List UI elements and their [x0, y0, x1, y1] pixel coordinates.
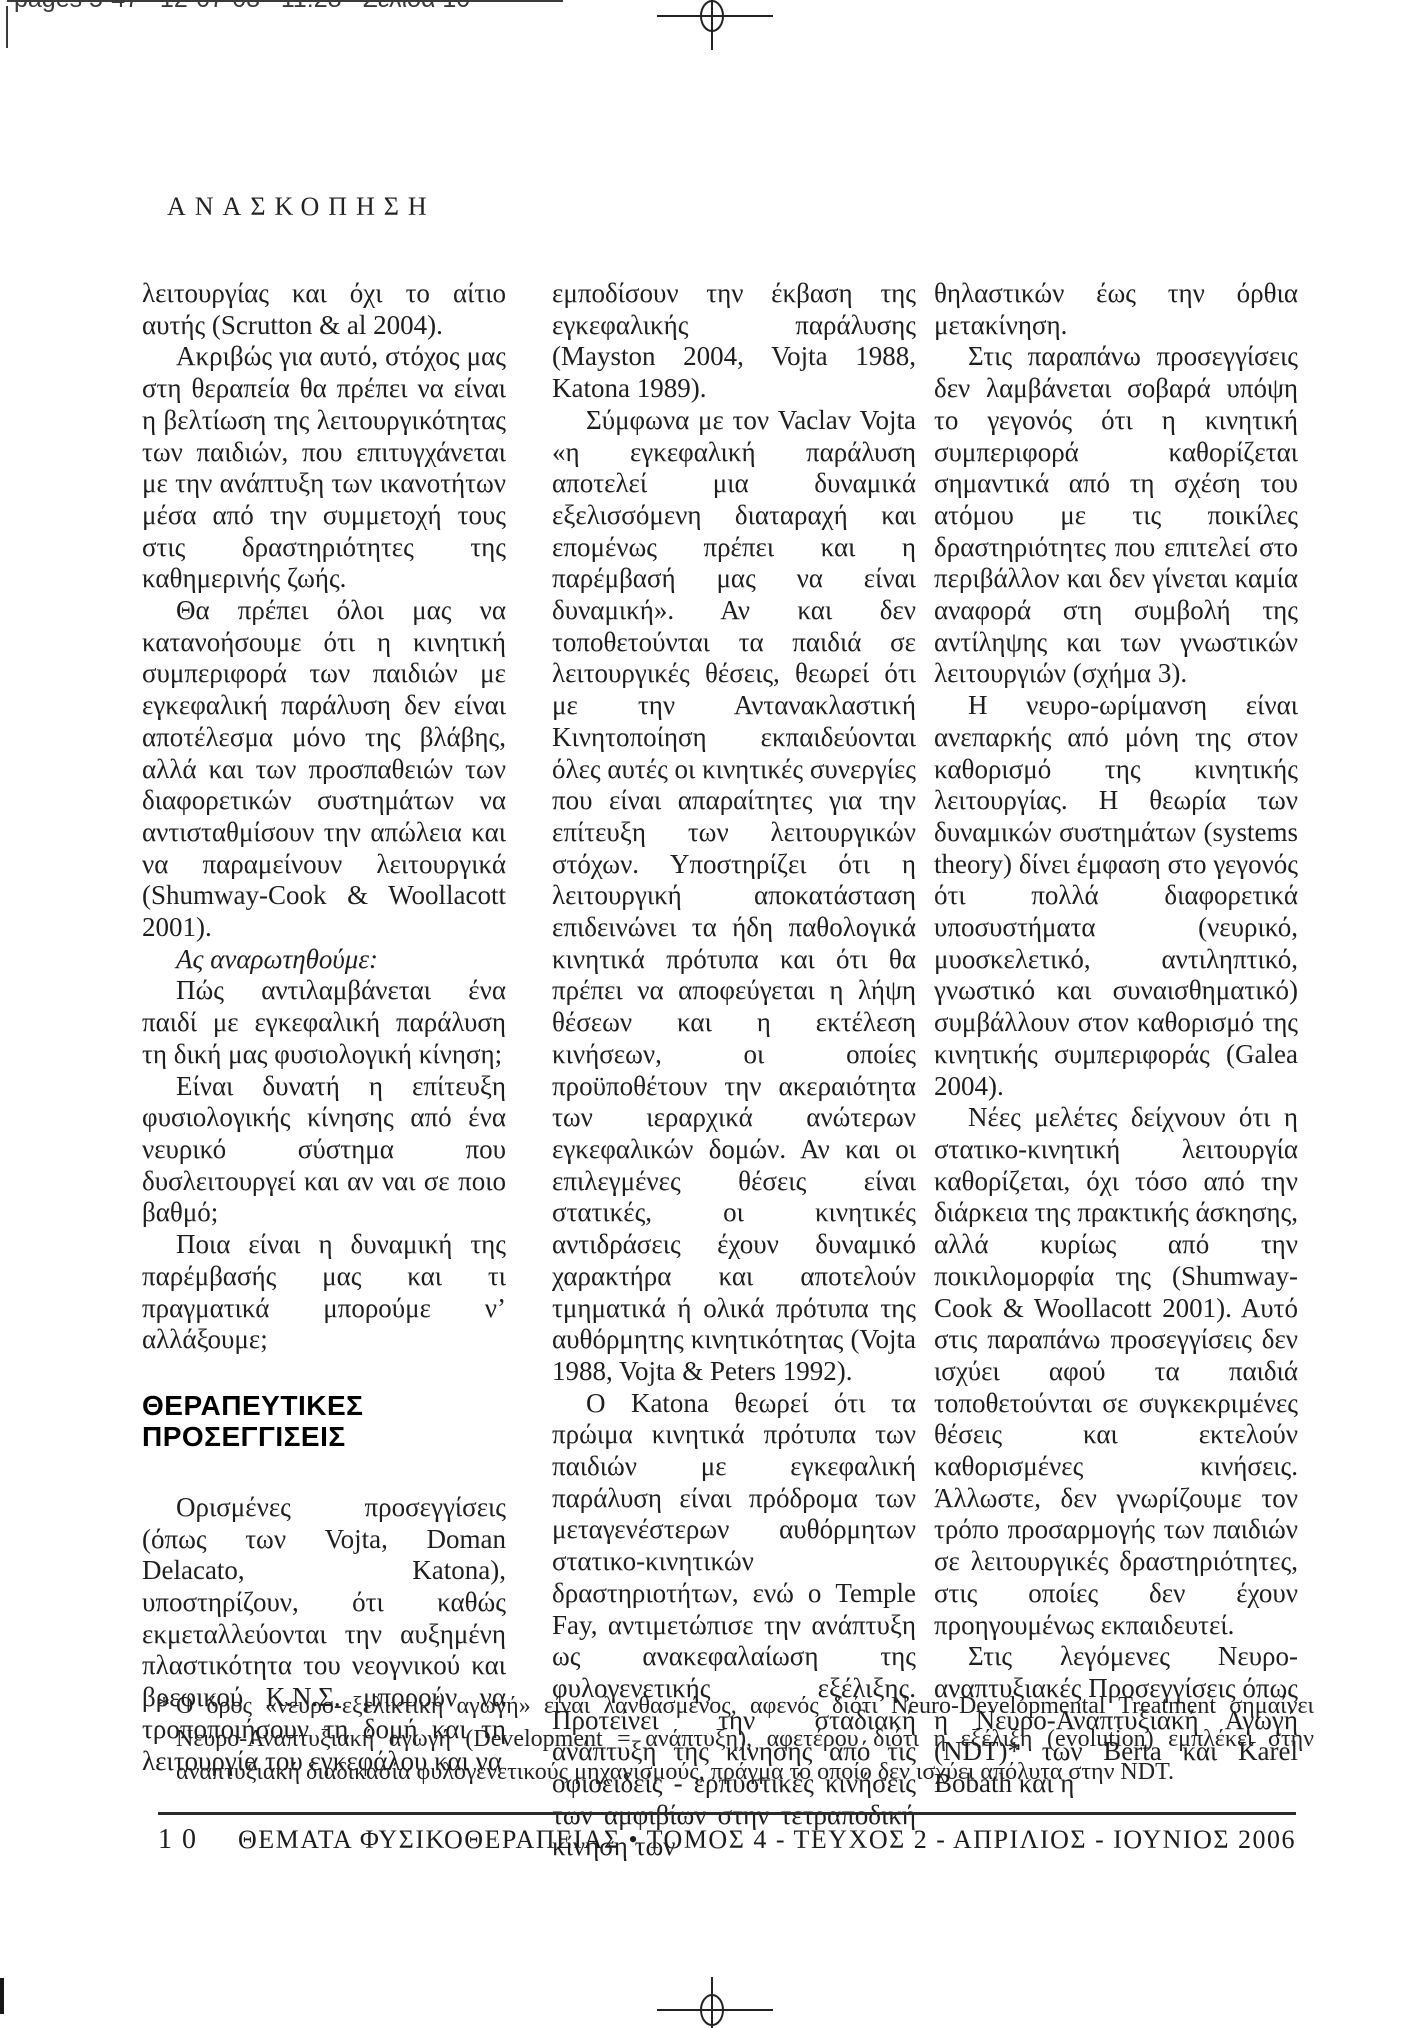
paragraph: λειτουργίας και όχι το αίτιο αυτής (Scru… — [142, 278, 506, 341]
footnote-text: Ο όρος «νευρο-εξελικτική αγωγή» είναι λα… — [176, 1693, 1314, 1785]
paragraph: θηλαστικών έως την όρθια μετακίνηση. — [934, 278, 1298, 341]
paragraph: Στις παραπάνω προσεγγίσεις δεν λαμβάνετα… — [934, 341, 1298, 690]
paragraph: Η νευρο-ωρίμανση είναι ανεπαρκής από μόν… — [934, 690, 1298, 1102]
page-edge-crop-mark — [0, 1978, 4, 2014]
section-label: ΑΝΑΣΚΟΠΗΣΗ — [167, 192, 436, 222]
paragraph: Νέες μελέτες δείχνουν ότι η στατικο-κινη… — [934, 1102, 1298, 1641]
paragraph: Ο Katona θεωρεί ότι τα πρώιμα κινητικά π… — [552, 1388, 916, 1864]
paragraph: Ακριβώς για αυτό, στόχος μας στη θεραπεί… — [142, 341, 506, 595]
paragraph: Σύμφωνα με τον Vaclav Vojta «η εγκεφαλικ… — [552, 405, 916, 1388]
paragraph: Θα πρέπει όλοι μας να κατανοήσουμε ότι η… — [142, 595, 506, 944]
paragraph: Ποια είναι η δυναμική της παρέμβασής μας… — [142, 1229, 506, 1356]
paragraph: Πώς αντιλαμβάνεται ένα παιδί με εγκεφαλι… — [142, 975, 506, 1070]
page-footer: 10 ΘΕΜΑΤΑ ΦΥΣΙΚΟΘΕΡΑΠΕΙΑΣ • ΤΟΜΟΣ 4 - ΤΕ… — [158, 1824, 1296, 1856]
text-column-1: λειτουργίας και όχι το αίτιο αυτής (Scru… — [142, 278, 506, 1777]
footnote-marker: * — [158, 1693, 170, 1719]
paragraph: Είναι δυνατή η επίτευξη φυσιολογικής κίν… — [142, 1071, 506, 1230]
text-column-2: εμποδίσουν την έκβαση της εγκεφαλικής πα… — [552, 278, 916, 1863]
proof-header-left-tick — [6, 6, 8, 48]
footnote: *Ο όρος «νευρο-εξελικτική αγωγή» είναι λ… — [158, 1690, 1314, 1789]
section-heading: ΘΕΡΑΠΕΥΤΙΚΕΣ ΠΡΟΣΕΓΓΙΣΕΙΣ — [142, 1390, 506, 1452]
paragraph-italic: Ας αναρωτηθούμε: — [142, 944, 506, 976]
proof-header-rule — [7, 0, 563, 2]
text-column-3: θηλαστικών έως την όρθια μετακίνηση. Στι… — [934, 278, 1298, 1800]
crosshair-registration-mark-top-icon — [650, 0, 780, 52]
journal-title-line: ΘΕΜΑΤΑ ΦΥΣΙΚΟΘΕΡΑΠΕΙΑΣ • ΤΟΜΟΣ 4 - ΤΕΥΧΟ… — [238, 1825, 1296, 1855]
paragraph: εμποδίσουν την έκβαση της εγκεφαλικής πα… — [552, 278, 916, 405]
journal-page: pages 5-47 12-07-08 11:28 Σελίδα 10 ΑΝΑΣ… — [0, 0, 1428, 2028]
footer-rule — [158, 1812, 1296, 1815]
page-number: 10 — [158, 1824, 206, 1856]
crosshair-registration-mark-bottom-icon — [650, 1975, 780, 2028]
